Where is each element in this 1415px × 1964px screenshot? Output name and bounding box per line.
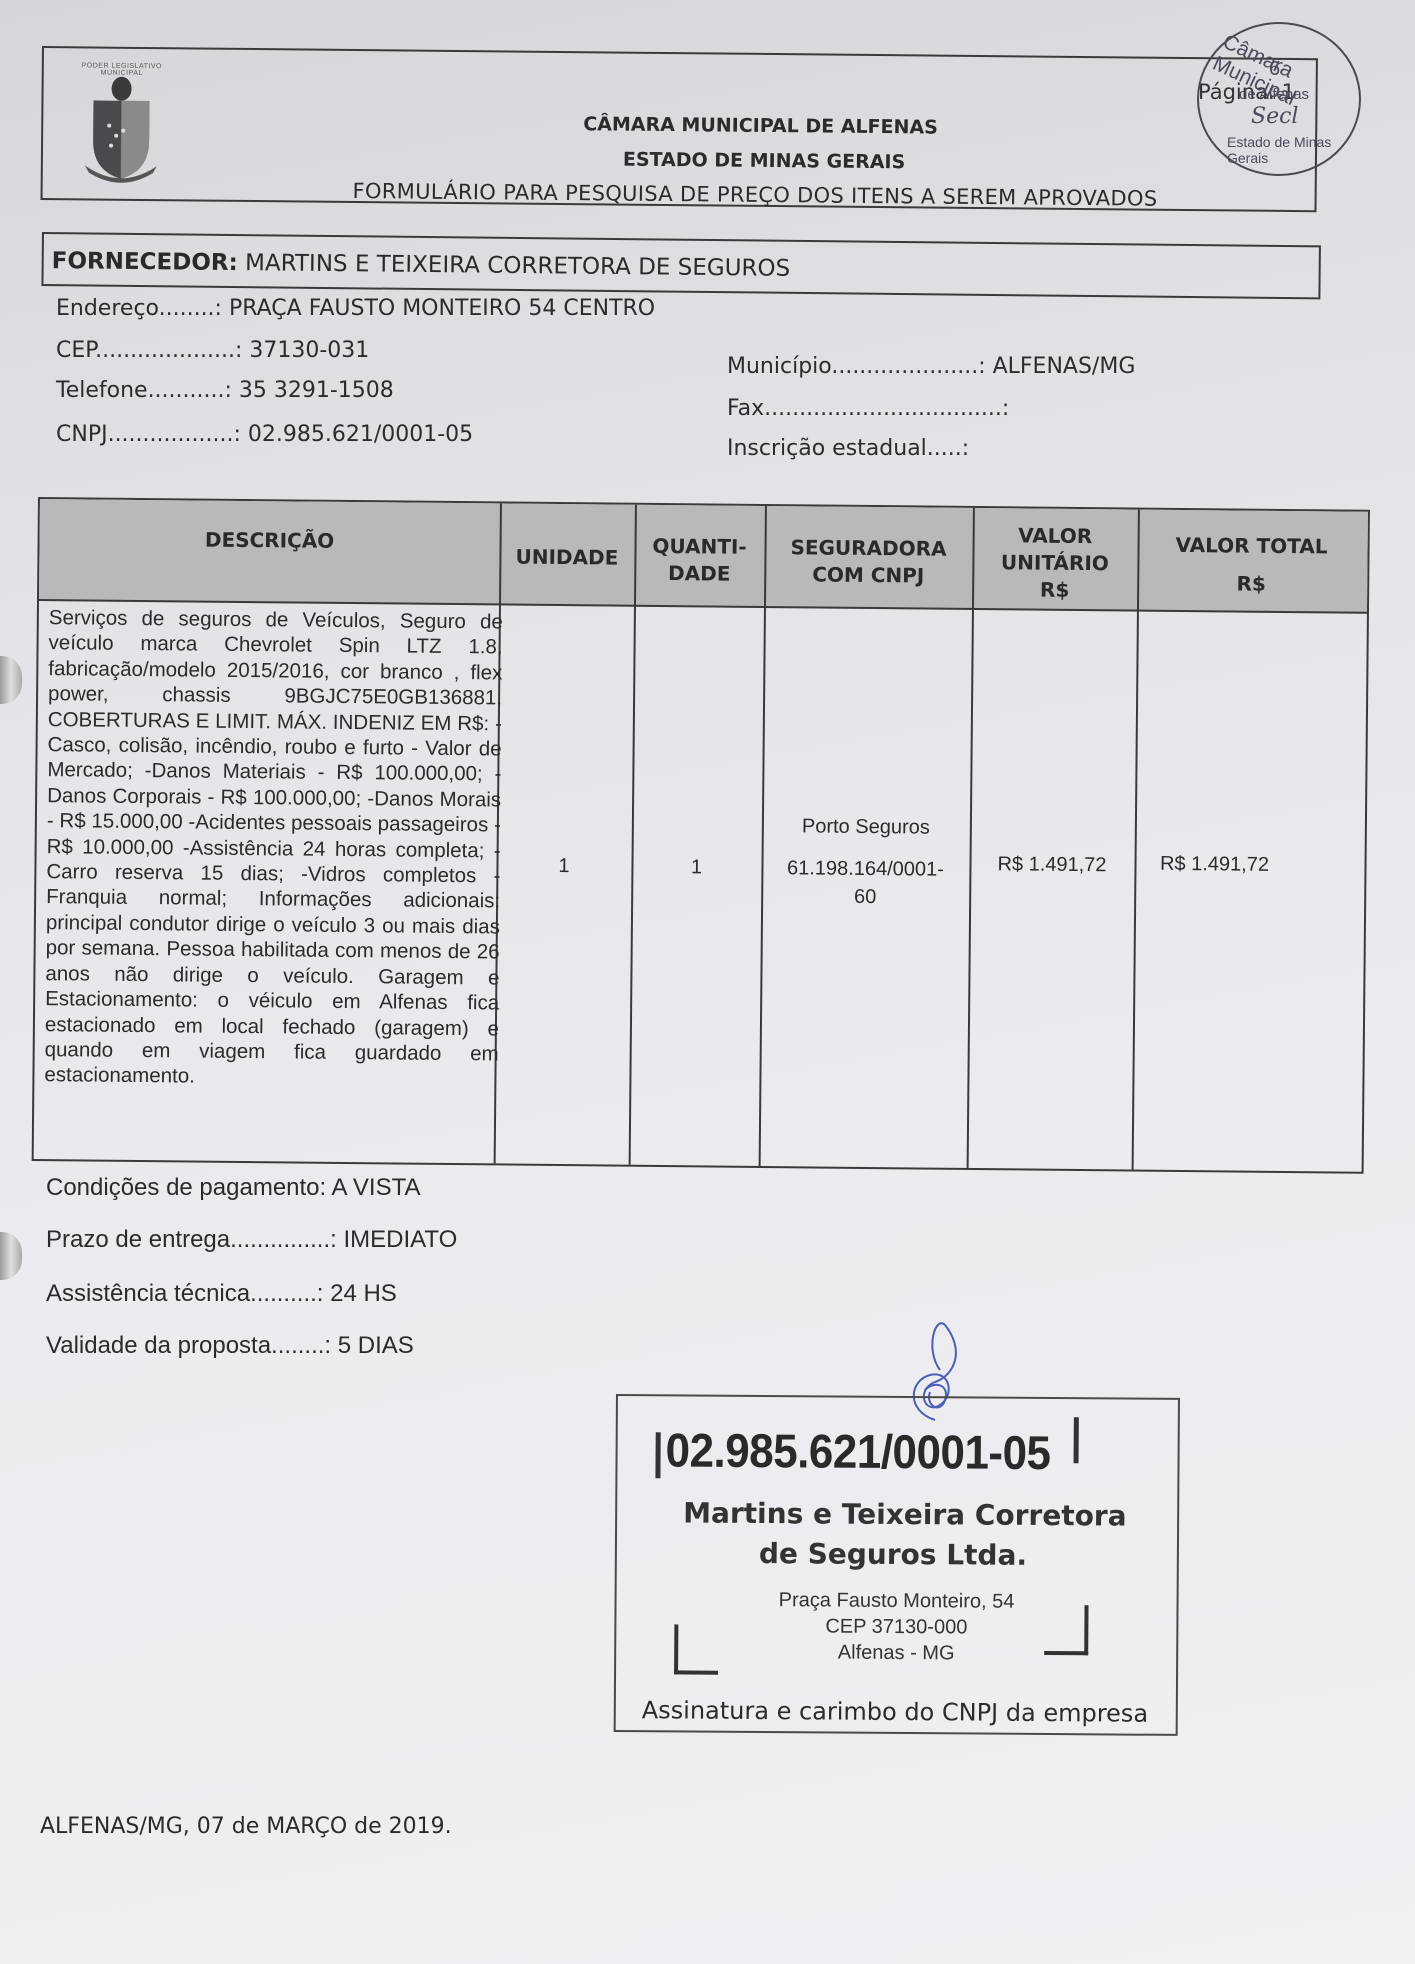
place-and-date: ALFENAS/MG, 07 de MARÇO de 2019.	[40, 1814, 452, 1839]
item-unidade: 1	[496, 851, 631, 880]
insurer-name: Porto Seguros	[762, 812, 970, 842]
insurer-cnpj-line1: 61.198.164/0001-	[761, 854, 969, 884]
stamp-bar	[655, 1432, 660, 1478]
stamp-bar	[1074, 1417, 1079, 1463]
form-title: FORMULÁRIO PARA PESQUISA DE PREÇO DOS IT…	[353, 179, 1158, 211]
stamp-corner-mark	[1044, 1605, 1088, 1655]
stamp-corner-mark	[674, 1624, 718, 1674]
header-valor-total-line2: R$	[1137, 564, 1365, 604]
header-quantidade-line2: DADE	[634, 560, 764, 588]
municipality-field: Município.....................: ALFENAS/…	[727, 354, 1135, 379]
item-valor-unitario: R$ 1.491,72	[969, 850, 1134, 880]
price-table: DESCRIÇÃO UNIDADE QUANTI- DADE SEGURADOR…	[32, 497, 1370, 1174]
supplier-name: MARTINS E TEIXEIRA CORRETORA DE SEGUROS	[245, 250, 790, 282]
header-title: CÂMARA MUNICIPAL DE ALFENAS	[583, 113, 938, 138]
stamp-cnpj: 02.985.621/0001-05	[665, 1424, 1050, 1481]
coat-of-arms-logo: PODER LEGISLATIVO MUNICIPAL	[61, 60, 182, 186]
technical-assistance: Assistência técnica..........: 24 HS	[46, 1280, 397, 1308]
stamp-company-name-line2: de Seguros Ltda.	[759, 1537, 1027, 1572]
stamp-bottom-text: Estado de Minas Gerais	[1227, 134, 1359, 166]
phone-field: Telefone...........: 35 3291-1508	[56, 378, 394, 403]
shield-icon	[61, 60, 182, 186]
binder-hole	[0, 656, 22, 704]
stamp-signature: Secl	[1251, 104, 1298, 129]
company-stamp-box: 02.985.621/0001-05 Martins e Teixeira Co…	[614, 1394, 1180, 1736]
state-registration-field: Inscrição estadual.....:	[727, 436, 969, 461]
header-quantidade-line1: QUANTI-	[634, 533, 764, 561]
document-page: PODER LEGISLATIVO MUNICIPAL CÂMARA MUNIC…	[0, 0, 1415, 1964]
header-quantidade: QUANTI- DADE	[634, 533, 765, 588]
binder-hole	[0, 1232, 22, 1280]
header-valor-unitario: VALOR UNITÁRIO R$	[972, 522, 1138, 605]
header-valor-unitario-line1: VALOR	[973, 522, 1138, 551]
item-valor-total: R$ 1.491,72	[1134, 850, 1294, 880]
proposal-validity: Validade da proposta........: 5 DIAS	[46, 1332, 414, 1360]
header-seguradora-line2: COM CNPJ	[764, 561, 972, 590]
address-field: Endereço........: PRAÇA FAUSTO MONTEIRO …	[56, 296, 655, 321]
header-valor-total-line1: VALOR TOTAL	[1137, 526, 1365, 566]
insurer-cnpj-line2: 60	[761, 882, 969, 912]
delivery-time: Prazo de entrega...............: IMEDIAT…	[46, 1226, 457, 1254]
header-unidade: UNIDADE	[499, 543, 634, 571]
payment-terms: Condições de pagamento: A VISTA	[46, 1174, 420, 1202]
stamp-address: Praça Fausto Monteiro, 54	[616, 1588, 1176, 1615]
logo-caption: PODER LEGISLATIVO MUNICIPAL	[62, 62, 182, 77]
supplier-box: FORNECEDOR: MARTINS E TEIXEIRA CORRETORA…	[41, 232, 1320, 299]
official-round-stamp: Câmara Municipal 6 de Alfenas Secl Estad…	[1197, 22, 1361, 176]
fax-field: Fax..................................:	[727, 396, 1009, 421]
header-valor-unitario-line3: R$	[972, 576, 1137, 605]
header-seguradora: SEGURADORA COM CNPJ	[764, 534, 973, 590]
stamp-company-name-line1: Martins e Teixeira Corretora	[683, 1496, 1127, 1532]
stamp-middle-text: de Alfenas	[1239, 86, 1309, 103]
header-valor-unitario-line2: UNITÁRIO	[972, 549, 1137, 578]
header-valor-total: VALOR TOTAL R$	[1137, 526, 1366, 604]
table-header: DESCRIÇÃO UNIDADE QUANTI- DADE SEGURADOR…	[39, 499, 1368, 614]
item-quantidade: 1	[631, 853, 761, 882]
item-seguradora: Porto Seguros 61.198.164/0001- 60	[761, 812, 970, 912]
cep-field: CEP....................: 37130-031	[56, 338, 369, 363]
supplier-name-line: FORNECEDOR: MARTINS E TEIXEIRA CORRETORA…	[52, 248, 791, 282]
cnpj-field: CNPJ..................: 02.985.621/0001-…	[56, 422, 473, 447]
stamp-number: 6	[1269, 58, 1280, 81]
item-description: Serviços de seguros de Veículos, Seguro …	[44, 605, 503, 1092]
header-seguradora-line1: SEGURADORA	[764, 534, 972, 563]
signature-caption: Assinatura e carimbo do CNPJ da empresa	[642, 1696, 1148, 1728]
header-descricao: DESCRIÇÃO	[39, 525, 499, 556]
header-box: PODER LEGISLATIVO MUNICIPAL CÂMARA MUNIC…	[41, 46, 1318, 212]
header-subtitle: ESTADO DE MINAS GERAIS	[623, 149, 906, 174]
supplier-label: FORNECEDOR:	[52, 248, 238, 276]
